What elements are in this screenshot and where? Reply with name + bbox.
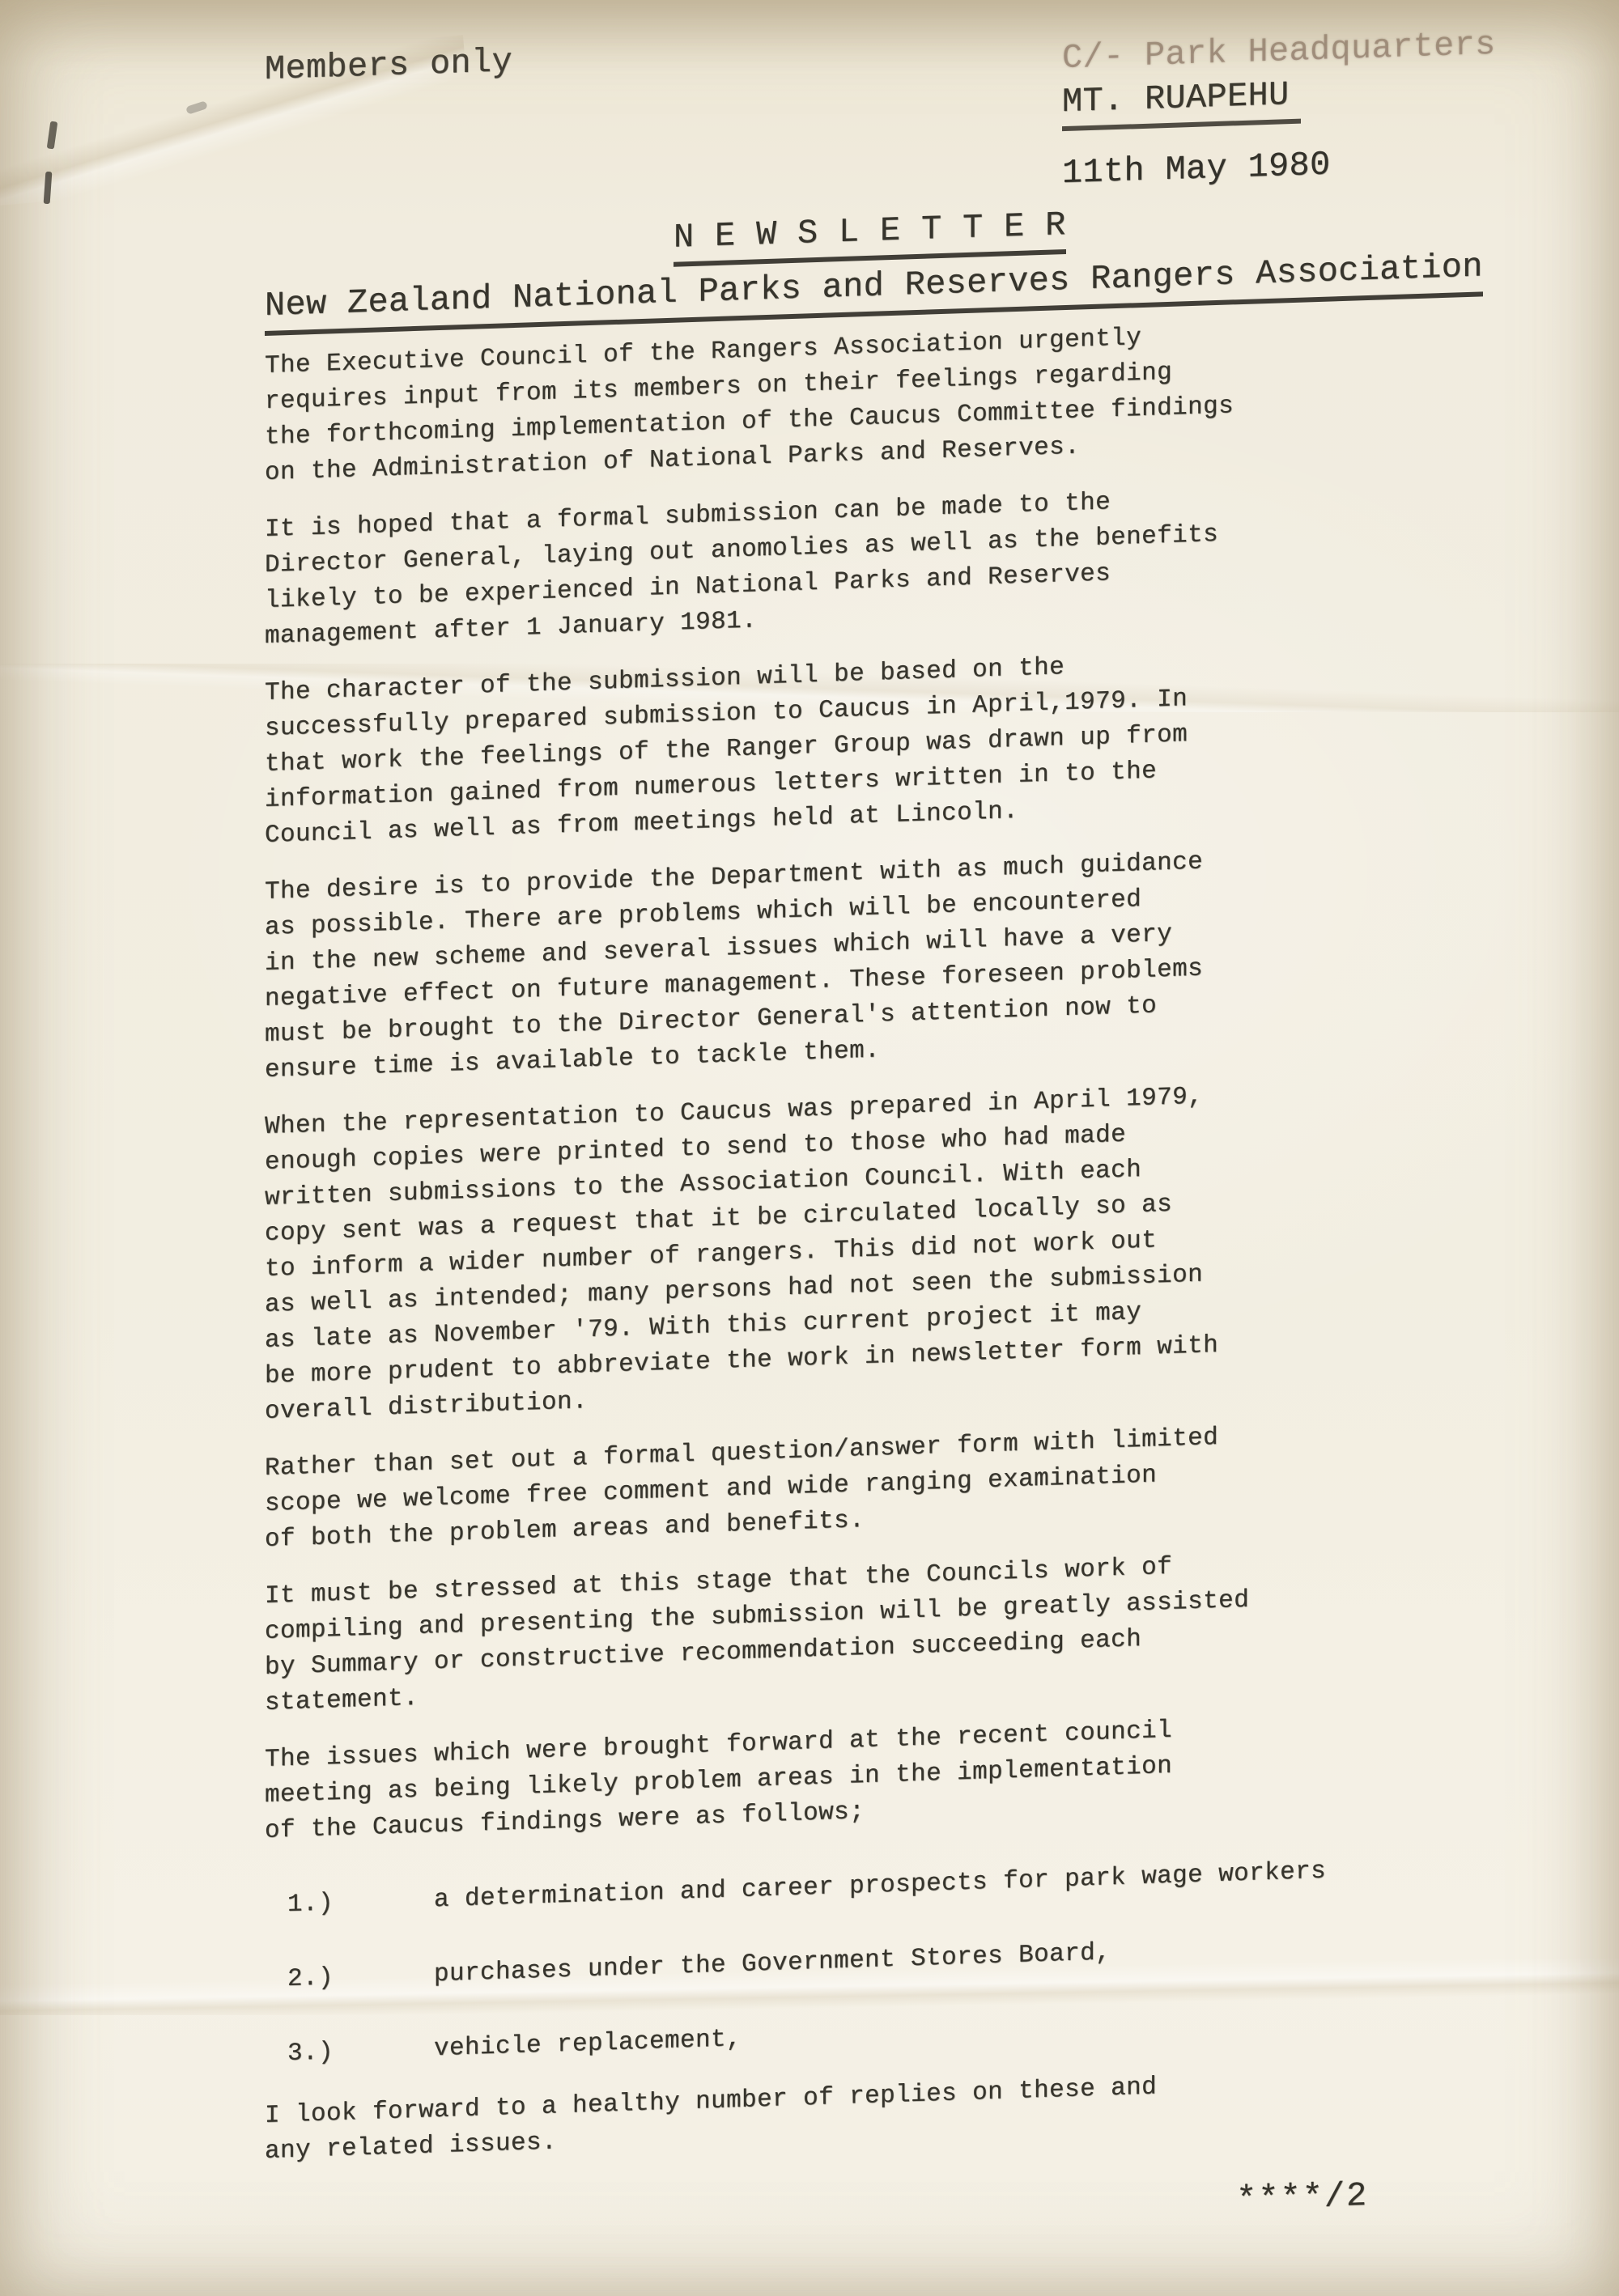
paragraph: The issues which were brought forward at… bbox=[265, 1701, 1552, 1849]
paragraph: It must be stressed at this stage that t… bbox=[265, 1538, 1552, 1721]
paragraph: Rather than set out a formal question/an… bbox=[265, 1410, 1552, 1558]
scanned-newsletter-page: Members only C/- Park Headquarters MT. R… bbox=[0, 0, 1619, 2296]
page-marker: ****/2 bbox=[1236, 2169, 1552, 2222]
paragraph: The character of the submission will be … bbox=[265, 634, 1552, 854]
issue-item: 1.)a determination and career prospects … bbox=[265, 1847, 1552, 1924]
issue-item: 3.)vehicle replacement, bbox=[265, 1996, 1552, 2073]
issue-number: 1.) bbox=[287, 1882, 434, 1923]
paragraph: It is hoped that a formal submission can… bbox=[265, 471, 1552, 655]
paragraph: When the representation to Caucus was pr… bbox=[265, 1068, 1552, 1430]
date-line: 11th May 1980 bbox=[1062, 137, 1548, 194]
ink-smudge bbox=[47, 121, 58, 150]
issue-text: vehicle replacement, bbox=[434, 2025, 742, 2063]
letter-content: Members only C/- Park Headquarters MT. R… bbox=[265, 0, 1552, 2252]
closing-paragraph: I look forward to a healthy number of re… bbox=[265, 2057, 1552, 2170]
paragraph: The Executive Council of the Rangers Ass… bbox=[265, 308, 1552, 491]
newsletter-title: N E W S L E T T E R bbox=[674, 204, 1066, 267]
issues-list: 1.)a determination and career prospects … bbox=[265, 1847, 1552, 2073]
issue-text: a determination and career prospects for… bbox=[434, 1857, 1326, 1915]
issue-number: 2.) bbox=[287, 1957, 434, 1997]
ink-smudge bbox=[185, 100, 208, 115]
issue-number: 3.) bbox=[287, 2031, 434, 2072]
ink-smudge bbox=[44, 172, 53, 204]
issue-text: purchases under the Government Stores Bo… bbox=[434, 1938, 1111, 1988]
address-stamp: C/- Park Headquarters MT. RUAPEHU 11th M… bbox=[1062, 22, 1548, 194]
location-line: MT. RUAPEHU bbox=[1062, 74, 1301, 132]
paragraph: The desire is to provide the Department … bbox=[265, 834, 1552, 1089]
issue-item: 2.)purchases under the Government Stores… bbox=[265, 1921, 1552, 1998]
